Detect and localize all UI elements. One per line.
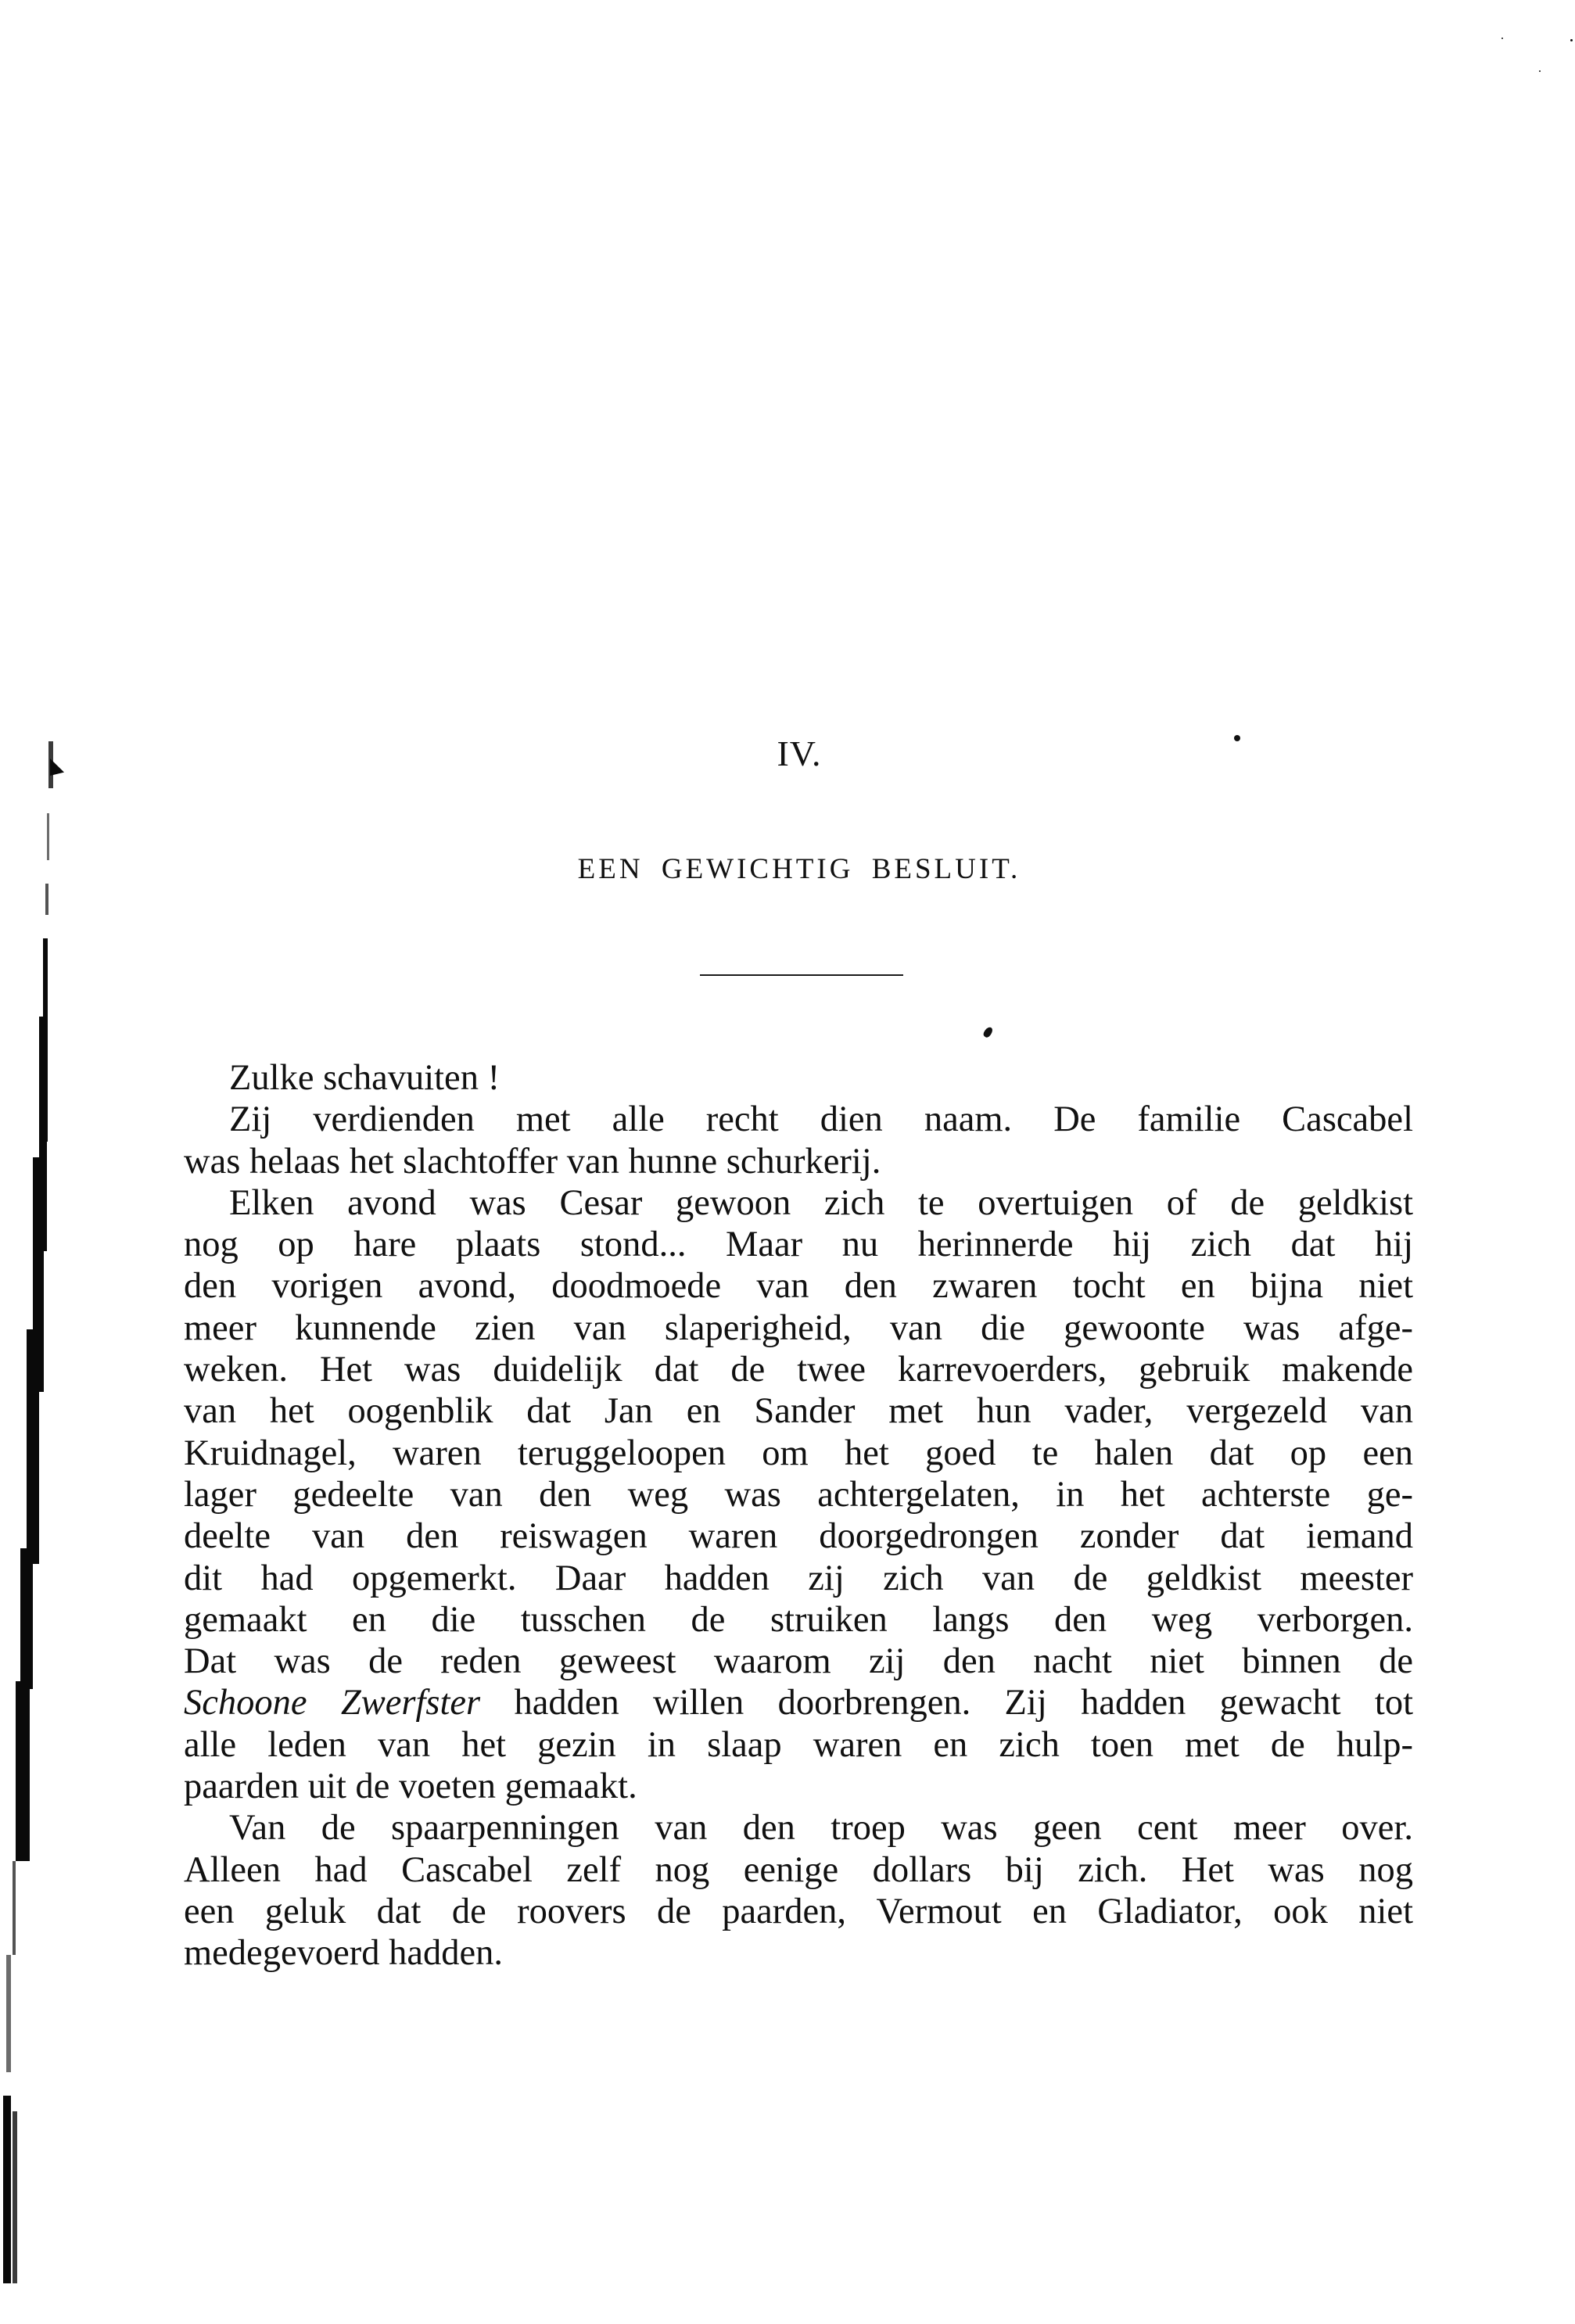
text-line: was helaas het slachtoffer van hunne sch… xyxy=(184,1141,1413,1182)
text-line: Zij verdienden met alle recht dien naam.… xyxy=(184,1099,1413,1140)
heading-divider-rule xyxy=(700,974,903,976)
scan-speck xyxy=(1501,38,1503,39)
text-line: weken. Het was duidelijk dat de twee kar… xyxy=(184,1349,1413,1390)
scan-speck xyxy=(1539,70,1541,72)
text-line: deelte van den reiswagen waren doorgedro… xyxy=(184,1515,1413,1557)
text-line: een geluk dat de roovers de paarden, Ver… xyxy=(184,1891,1413,1932)
text-line: medegevoerd hadden. xyxy=(184,1932,1413,1974)
chapter-title: EEN GEWICHTIG BESLUIT. xyxy=(0,851,1575,888)
text-line: lager gedeelte van den weg was achtergel… xyxy=(184,1474,1413,1515)
text-line: Zulke schavuiten ! xyxy=(184,1057,1413,1099)
text-line: dit had opgemerkt. Daar hadden zij zich … xyxy=(184,1558,1413,1599)
chapter-number: IV. xyxy=(0,732,1575,776)
italic-title-ship-name: Schoone Zwerfster xyxy=(184,1683,480,1723)
text-line: nog op hare plaats stond... Maar nu heri… xyxy=(184,1224,1413,1265)
text-line: van het oogenblik dat Jan en Sander met … xyxy=(184,1390,1413,1432)
text-line: Elken avond was Cesar gewoon zich te ove… xyxy=(184,1182,1413,1224)
text-line: Dat was de reden geweest waarom zij den … xyxy=(184,1641,1413,1682)
page-binding-shadow xyxy=(0,0,70,2324)
scan-speck xyxy=(1570,39,1573,41)
text-line: den vorigen avond, doodmoede van den zwa… xyxy=(184,1265,1413,1307)
body-text: Zulke schavuiten !Zij verdienden met all… xyxy=(184,1057,1413,1974)
ink-mark xyxy=(982,1026,994,1039)
text-line: Alleen had Cascabel zelf nog eenige doll… xyxy=(184,1849,1413,1891)
text-line: meer kunnende zien van slaperigheid, van… xyxy=(184,1307,1413,1349)
text-line: Kruidnagel, waren teruggeloopen om het g… xyxy=(184,1433,1413,1474)
text-line: gemaakt en die tusschen de struiken lang… xyxy=(184,1599,1413,1641)
text-line: Van de spaarpenningen van den troep was … xyxy=(184,1807,1413,1849)
text-line: Schoone Zwerfster hadden willen doorbren… xyxy=(184,1682,1413,1723)
text-line: paarden uit de voeten gemaakt. xyxy=(184,1766,1413,1807)
text-line: alle leden van het gezin in slaap waren … xyxy=(184,1724,1413,1766)
